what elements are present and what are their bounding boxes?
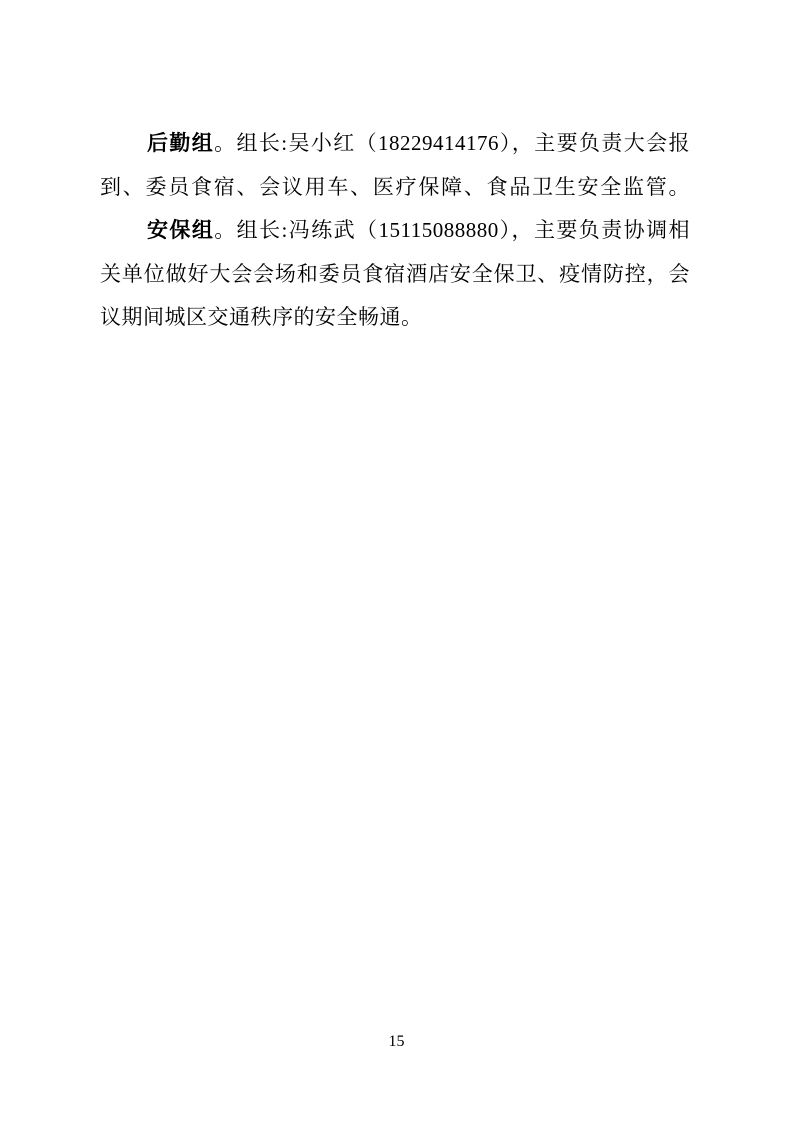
paragraph-line: 议期间城区交通秩序的安全畅通。 [100,296,690,340]
page-number: 15 [0,1033,793,1051]
paragraph-line: 关单位做好大会会场和委员食宿酒店安全保卫、疫情防控，会 [100,253,690,297]
group-label: 后勤组 [147,131,214,155]
paragraph-line: 安保组。组长:冯练武（15115088880），主要负责协调相 [100,209,690,253]
paragraph-line: 到、委员食宿、会议用车、医疗保障、食品卫生安全监管。 [100,166,690,210]
document-body: 后勤组。组长:吴小红（18229414176），主要负责大会报 到、委员食宿、会… [100,122,690,340]
line-text: 。组长:冯练武（15115088880），主要负责协调相 [214,218,690,242]
paragraph-security: 安保组。组长:冯练武（15115088880），主要负责协调相 关单位做好大会会… [100,209,690,340]
line-text: 关单位做好大会会场和委员食宿酒店安全保卫、疫情防控，会 [100,262,690,286]
line-text: 到、委员食宿、会议用车、医疗保障、食品卫生安全监管。 [100,175,690,199]
document-page: 后勤组。组长:吴小红（18229414176），主要负责大会报 到、委员食宿、会… [0,0,793,1122]
line-text: 议期间城区交通秩序的安全畅通。 [100,305,423,329]
paragraph-line: 后勤组。组长:吴小红（18229414176），主要负责大会报 [100,122,690,166]
line-text: 。组长:吴小红（18229414176），主要负责大会报 [214,131,690,155]
group-label: 安保组 [147,218,214,242]
paragraph-logistics: 后勤组。组长:吴小红（18229414176），主要负责大会报 到、委员食宿、会… [100,122,690,209]
